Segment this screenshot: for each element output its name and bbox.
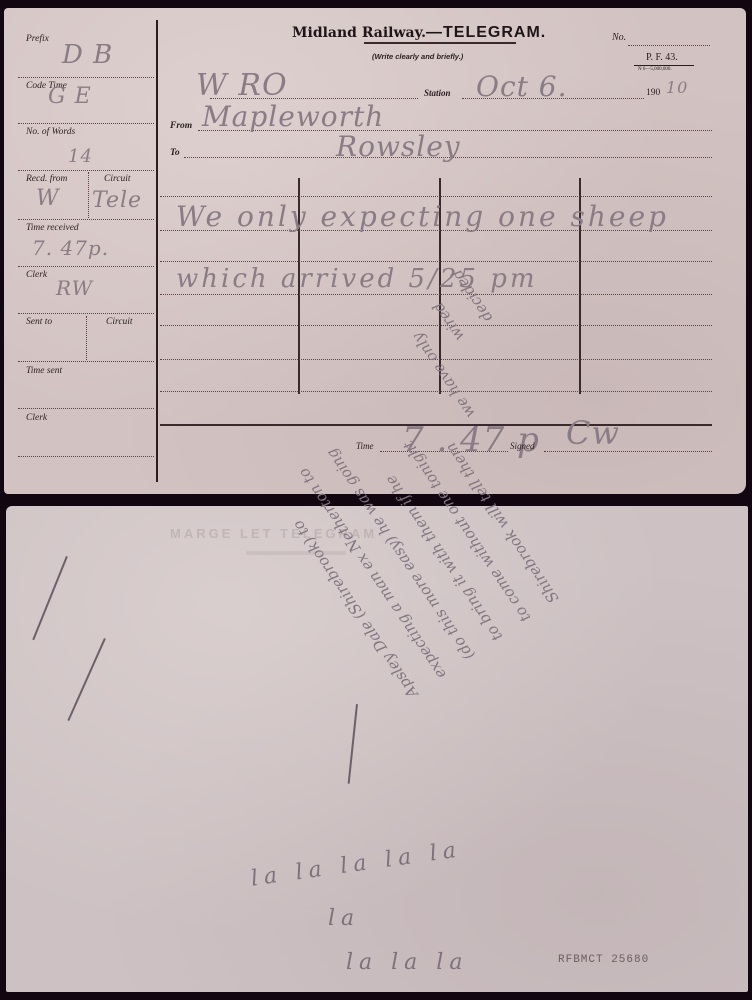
- divider: [18, 313, 154, 314]
- dash: —: [426, 24, 443, 41]
- to-label: To: [170, 148, 180, 158]
- station-label: Station: [424, 88, 451, 98]
- year-suffix: 10: [666, 78, 688, 97]
- clerk2-label: Clerk: [26, 413, 47, 423]
- number-line: [628, 45, 710, 46]
- sent-circuit-label: Circuit: [106, 317, 133, 327]
- time-received-value: 7. 47p.: [32, 236, 109, 260]
- grid-row-line: [160, 196, 712, 197]
- divider: [86, 316, 87, 360]
- words-value: 14: [68, 146, 93, 167]
- subtitle: (Write clearly and briefly.): [372, 52, 463, 61]
- company-name: Midland Railway.: [292, 25, 426, 41]
- recd-from-value: W: [36, 186, 60, 211]
- station-line-right: [462, 98, 644, 99]
- year-prefix: 190: [646, 88, 660, 98]
- clerk-value: RW: [56, 276, 93, 300]
- prefix-label: Prefix: [26, 34, 49, 44]
- print-run: N 6—5,000,000.: [638, 67, 672, 72]
- clerk-label: Clerk: [26, 270, 47, 280]
- time-received-label: Time received: [26, 223, 79, 233]
- title-underline: [364, 42, 516, 44]
- from-label: From: [170, 121, 192, 131]
- practice-writing-line-2: la: [328, 906, 360, 931]
- practice-writing-line-3: la la la: [346, 950, 468, 975]
- recd-from-label: Recd. from: [26, 174, 67, 184]
- to-value: Rowsley: [336, 130, 461, 163]
- sent-to-label: Sent to: [26, 317, 52, 327]
- circuit-value: Tele: [92, 188, 142, 213]
- form-code-rule: [634, 65, 694, 66]
- time-sent-label: Time sent: [26, 366, 62, 376]
- divider: [18, 170, 154, 171]
- prefix-value: D B: [62, 40, 113, 70]
- words-label: No. of Words: [26, 127, 75, 137]
- divider: [18, 456, 154, 457]
- left-column-divider: [156, 20, 158, 482]
- divider: [18, 123, 154, 124]
- station-line-left: [210, 98, 418, 99]
- code-time-value: G E: [48, 84, 92, 109]
- divider: [18, 77, 154, 78]
- from-value: Mapleworth: [202, 100, 384, 133]
- divider: [18, 219, 154, 220]
- divider: [88, 172, 89, 218]
- form-code: P. F. 43.: [646, 52, 678, 63]
- form-title: Midland Railway.—TELEGRAM.: [292, 24, 546, 42]
- number-label: No.: [612, 32, 626, 43]
- catalog-number: RFBMCT 25680: [558, 954, 649, 966]
- divider: [18, 266, 154, 267]
- circuit-label: Circuit: [104, 174, 131, 184]
- telegram-title: TELEGRAM.: [443, 24, 546, 41]
- divider: [18, 361, 154, 362]
- divider: [18, 408, 154, 409]
